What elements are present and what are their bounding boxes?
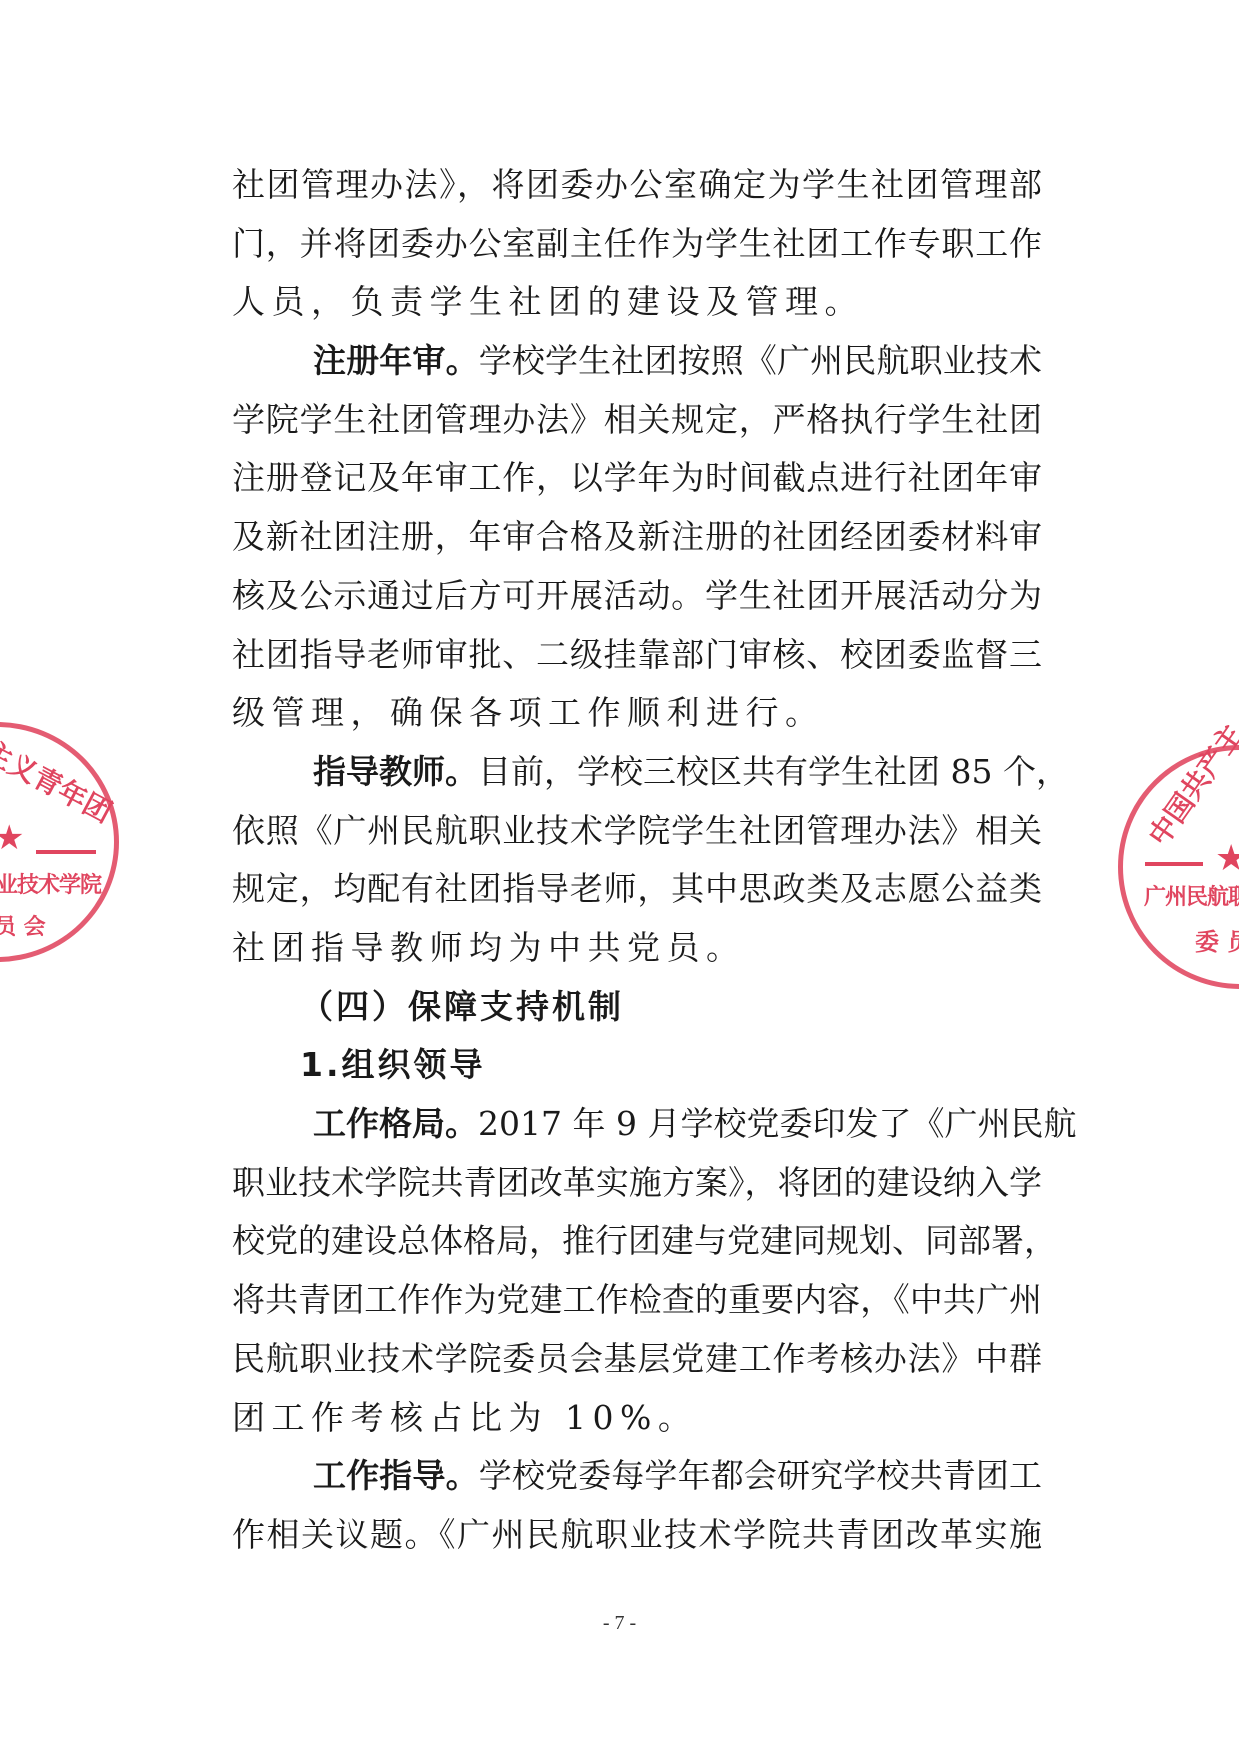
body-line: 门，并将团委办公室副主任作为学生社团工作专职工作 [232,224,1042,264]
body-line: 注册登记及年审工作，以学年为时间截点进行社团年审 [232,458,1042,498]
body-line: 依照《广州民航职业技术学院学生社团管理办法》相关 [232,811,1042,851]
body-line: 及新社团注册，年审合格及新注册的社团经团委材料审 [232,517,1042,557]
paragraph-work-pattern: 工作格局。2017 年 9 月学校党委印发了《广州民航 [313,1104,1042,1144]
body-text: 学校学生社团按照《广州民航职业技术 [479,341,1042,380]
body-text: 学校党委每学年都会研究学校共青团工 [479,1456,1042,1495]
body-line: 社团管理办法》，将团委办公室确定为学生社团管理部 [232,165,1042,205]
body-line: 核及公示通过后方可开展活动。学生社团开展活动分为 [232,576,1042,616]
paragraph-lead: 工作格局。 [313,1104,478,1143]
seal-bottom-text: 广州民航职 [1144,880,1239,911]
paragraph-lead: 工作指导。 [313,1456,479,1495]
seal-bottom-text-2: 员 会 [0,910,46,941]
paragraph-lead: 注册年审。 [313,341,479,380]
section-heading: （四）保障支持机制 [300,987,900,1027]
document-page: 社团管理办法》，将团委办公室确定为学生社团管理部 门，并将团委办公室副主任作为学… [0,0,1239,1752]
page-number: - 7 - [0,1612,1239,1635]
star-icon: ★ [0,818,24,858]
body-line: 团工作考核占比为 10%。 [232,1398,1042,1438]
paragraph-registration-review: 注册年审。学校学生社团按照《广州民航职业技术 [313,341,1042,381]
body-line: 职业技术学院共青团改革实施方案》，将团的建设纳入学 [232,1163,1042,1203]
body-line: 将共青团工作作为党建工作检查的重要内容，《中共广州 [232,1280,1042,1320]
body-line: 规定，均配有社团指导老师，其中思政类及志愿公益类 [232,869,1042,909]
body-line: 作相关议题。《广州民航职业技术学院共青团改革实施 [232,1515,1042,1555]
body-line: 社团指导教师均为中共党员。 [232,928,1042,968]
star-icon: ★ [1215,838,1239,879]
paragraph-work-guidance: 工作指导。学校党委每学年都会研究学校共青团工 [313,1456,1042,1496]
body-line: 民航职业技术学院委员会基层党建工作考核办法》中群 [232,1339,1042,1379]
body-text: 目前，学校三校区共有学生社团 85 个， [478,752,1069,791]
seal-bottom-text: 业技术学院 [0,868,101,899]
body-line: 人员，负责学生社团的建设及管理。 [232,282,1042,322]
paragraph-lead: 指导教师。 [313,752,478,791]
subsection-heading: 1.组织领导 [300,1045,900,1085]
seal-divider [1145,862,1203,866]
body-line: 学院学生社团管理办法》相关规定，严格执行学生社团 [232,400,1042,440]
paragraph-advisors: 指导教师。目前，学校三校区共有学生社团 85 个， [313,752,1042,792]
seal-divider [36,850,96,854]
body-line: 校党的建设总体格局，推行团建与党建同规划、同部署， [232,1221,1042,1261]
body-text: 2017 年 9 月学校党委印发了《广州民航 [478,1104,1076,1143]
body-line: 级管理，确保各项工作顺利进行。 [232,693,1042,733]
body-line: 社团指导老师审批、二级挂靠部门审核、校团委监督三 [232,635,1042,675]
seal-bottom-text-2: 委 员 [1195,922,1239,957]
